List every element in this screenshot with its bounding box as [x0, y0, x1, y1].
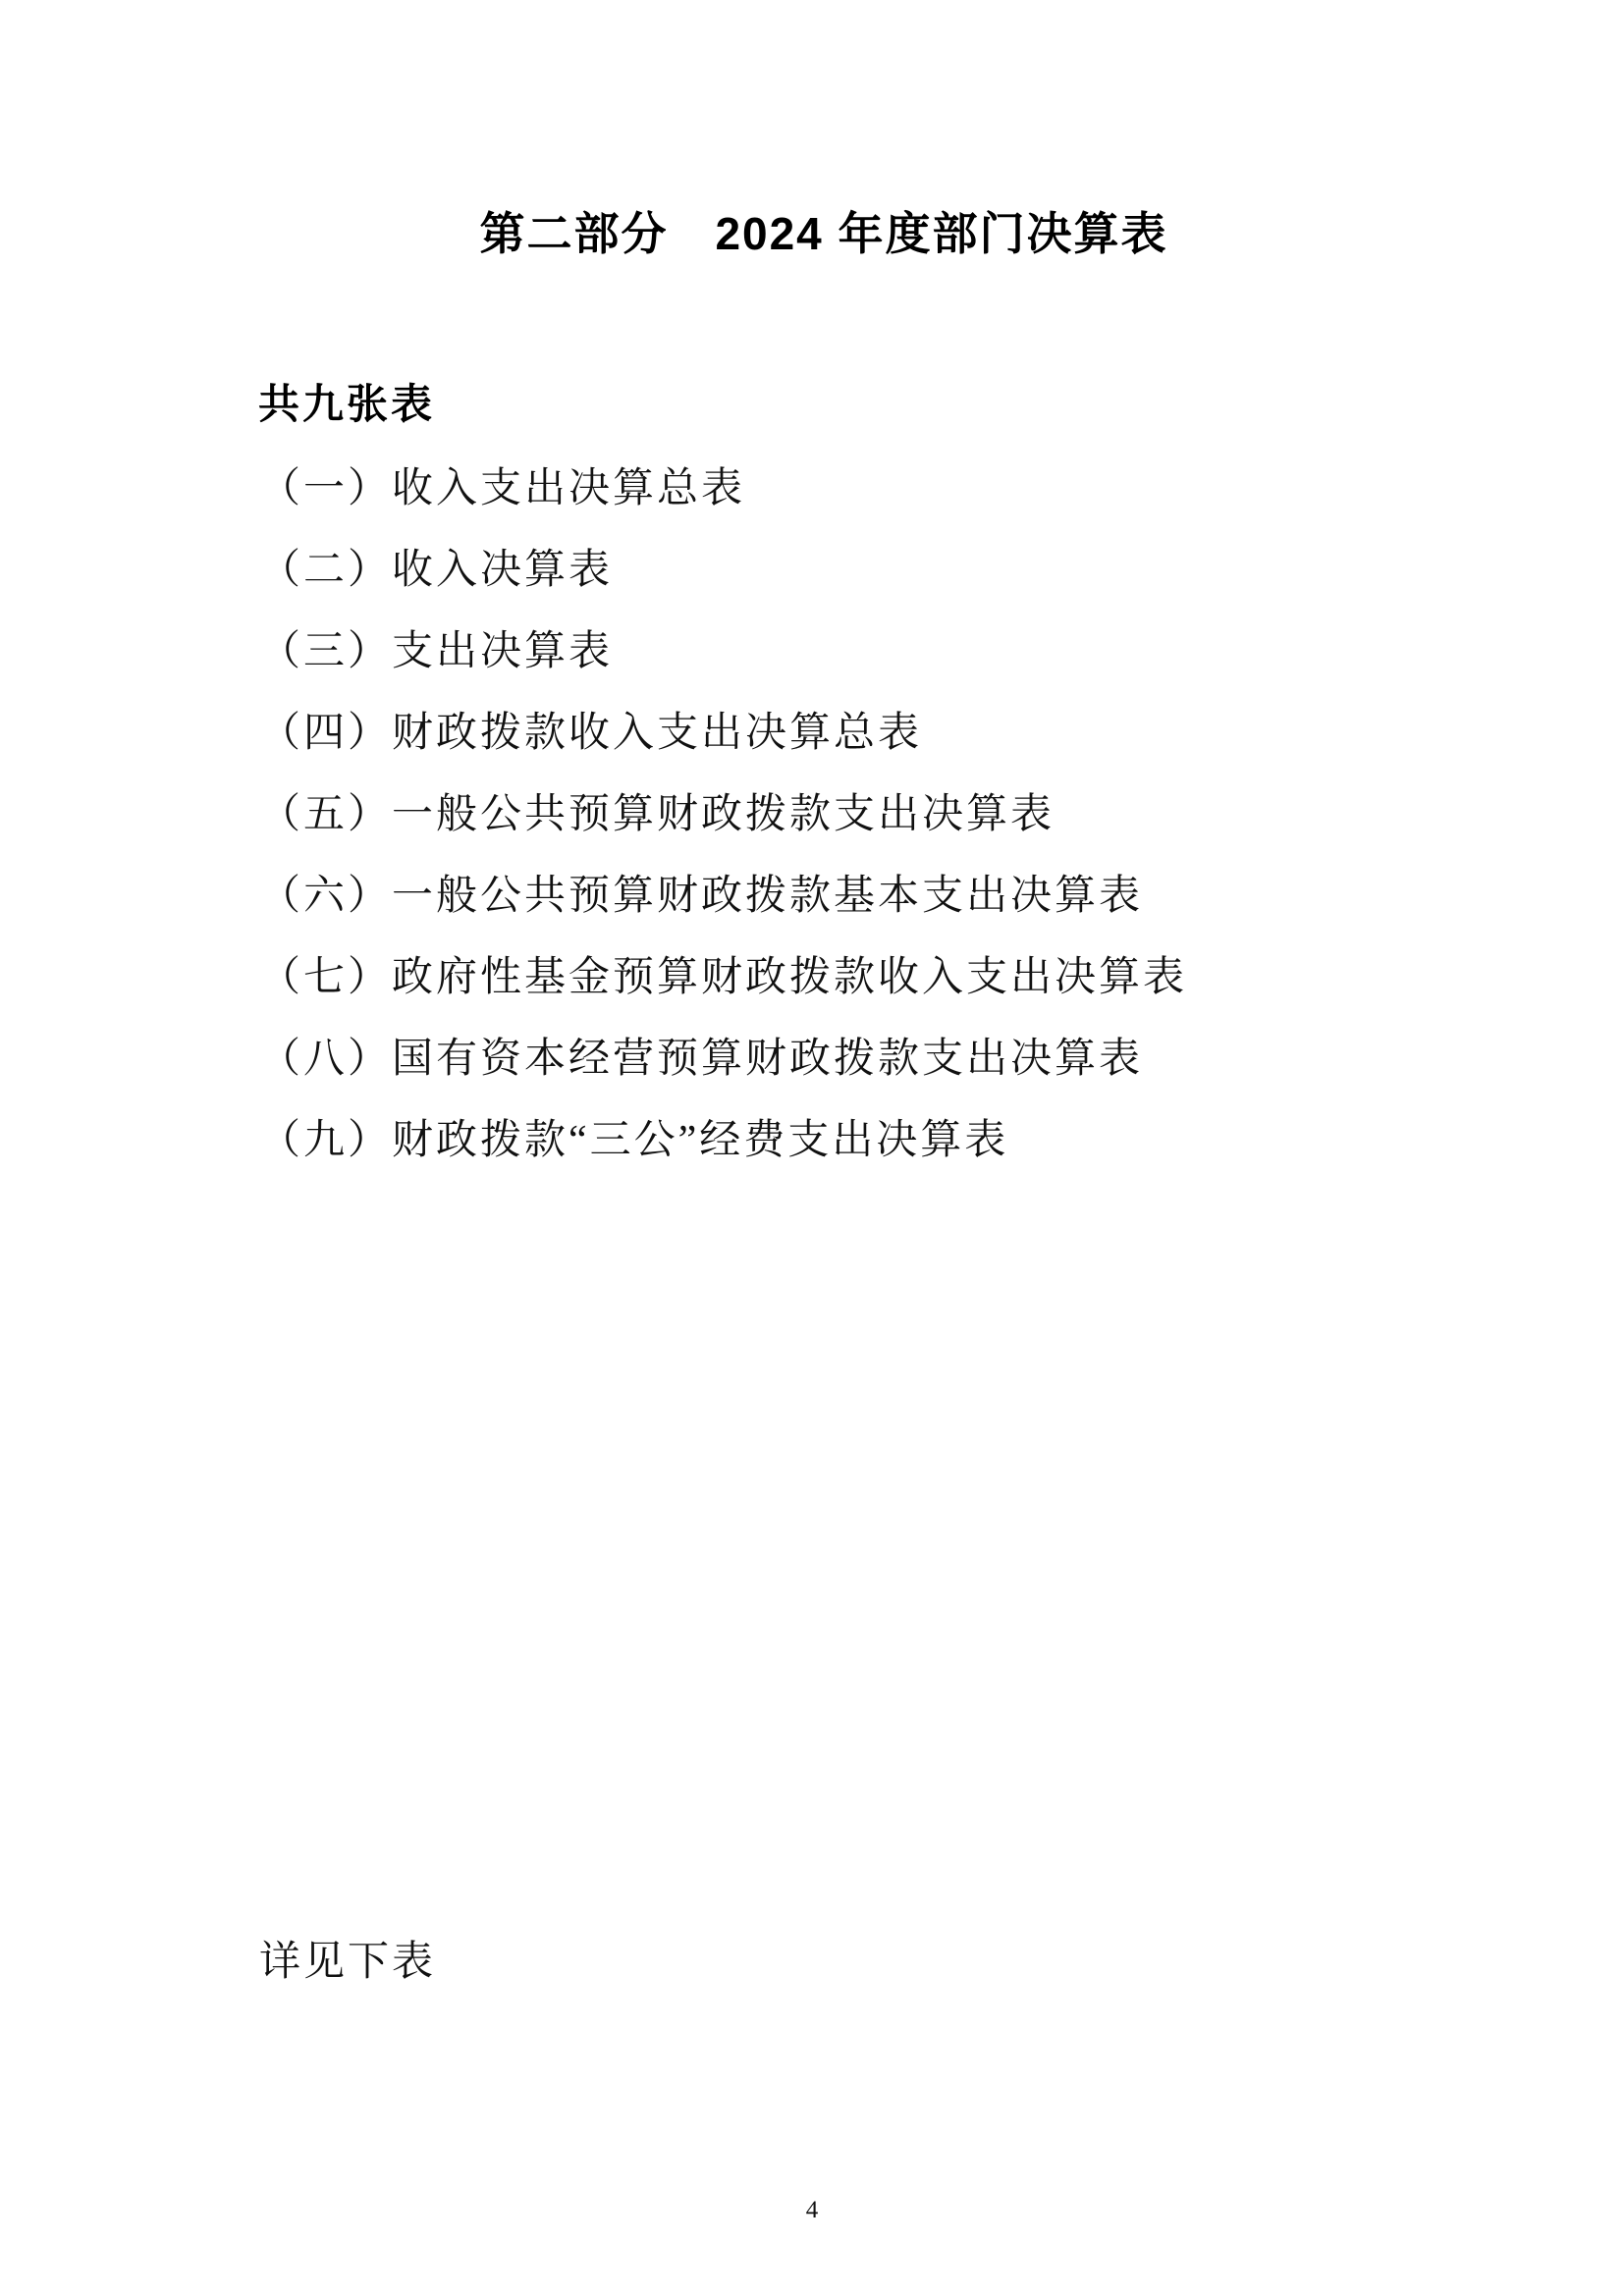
note-text: 详见下表: [259, 1942, 436, 1983]
list-item-4: （四）财政拨款收入支出决算总表: [259, 713, 1187, 754]
list-item-2: （二）收入决算表: [259, 550, 1187, 591]
list-item-6: （六）一般公共预算财政拨款基本支出决算表: [259, 876, 1187, 917]
list-item-3: （三）支出决算表: [259, 631, 1187, 672]
list-item-9: （九）财政拨款“三公”经费支出决算表: [259, 1120, 1187, 1161]
list-item-8: （八）国有资本经营预算财政拨款支出决算表: [259, 1039, 1187, 1080]
list-item-7: （七）政府性基金预算财政拨款收入支出决算表: [259, 957, 1187, 998]
list-item-1: （一）收入支出决算总表: [259, 468, 1187, 509]
document-page: 第二部分 2024 年度部门决算表 共九张表 （一）收入支出决算总表 （二）收入…: [0, 0, 1624, 2296]
list-item-5: （五）一般公共预算财政拨款支出决算表: [259, 794, 1187, 835]
page-title: 第二部分 2024 年度部门决算表: [0, 204, 1624, 263]
table-list: （一）收入支出决算总表 （二）收入决算表 （三）支出决算表 （四）财政拨款收入支…: [259, 468, 1187, 1201]
page-number: 4: [0, 2197, 1624, 2224]
section-heading: 共九张表: [258, 381, 435, 428]
